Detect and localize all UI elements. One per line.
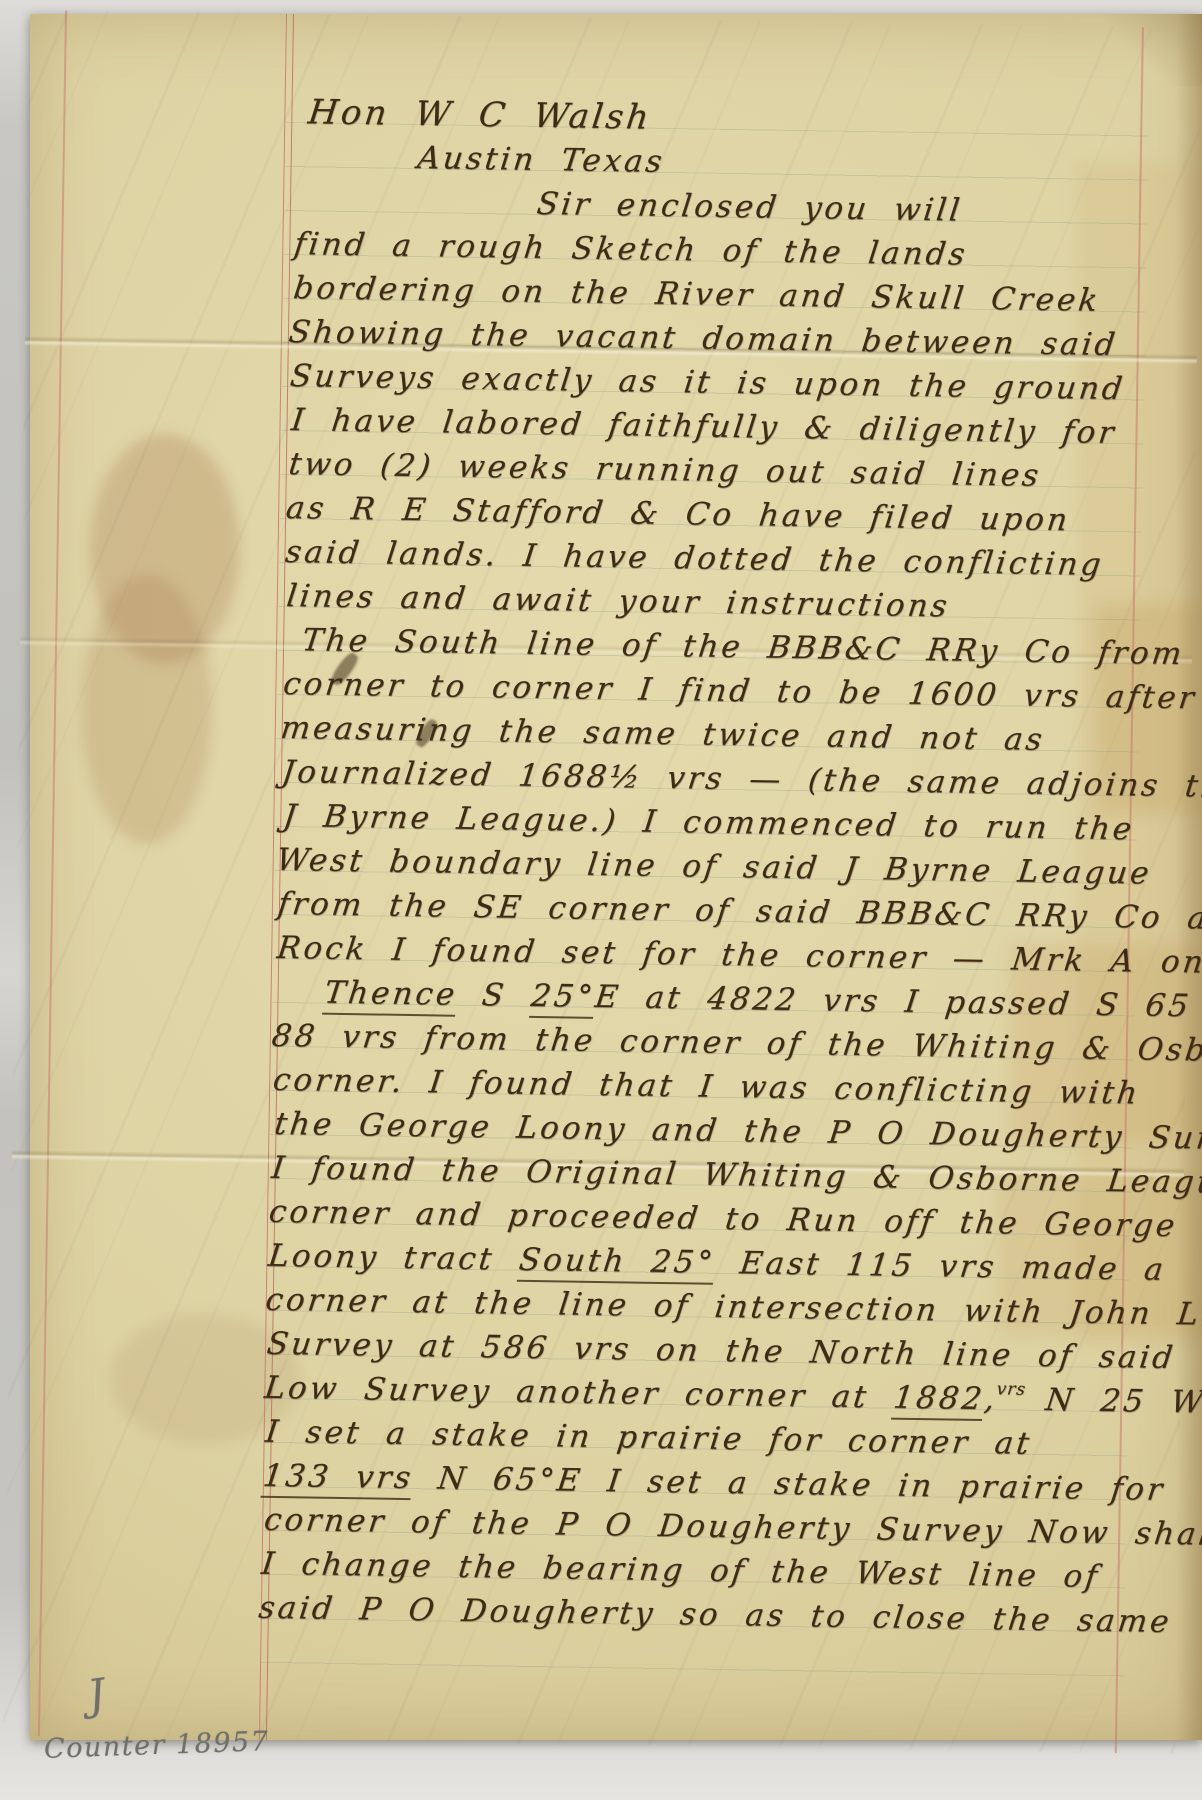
paper-content: Hon W C WalshAustin TexasSir enclosed yo… [3, 10, 1202, 1754]
superscript-vrs: vrs [995, 1379, 1027, 1399]
letter-line-1: Hon W C Walsh [306, 92, 654, 137]
letter-line-12: lines and await your instructions [284, 576, 952, 626]
letter-line-15: measuring the same twice and not as [278, 708, 1047, 760]
scan-backdrop: { "letter": { "lines": [ {"text": "Hon W… [0, 0, 1202, 1800]
letter-line-5: bordering on the River and Skull Creek [291, 268, 1102, 321]
letter-line-3: Sir enclosed you will [535, 184, 965, 231]
letter-line-9: two (2) weeks running out said lines [287, 444, 1044, 496]
counter-annotation: Counter 18957 [44, 1726, 270, 1765]
letter-paper: Hon W C WalshAustin TexasSir enclosed yo… [30, 14, 1202, 1740]
letter-line-2: Austin Texas [415, 138, 667, 182]
letter-line-10: as R E Stafford & Co have filed upon [284, 488, 1073, 540]
letter-body: Hon W C WalshAustin TexasSir enclosed yo… [3, 10, 1202, 1754]
letter-line-4: find a rough Sketch of the lands [292, 224, 970, 275]
letter-line-11: said lands. I have dotted the conflictin… [283, 532, 1106, 585]
